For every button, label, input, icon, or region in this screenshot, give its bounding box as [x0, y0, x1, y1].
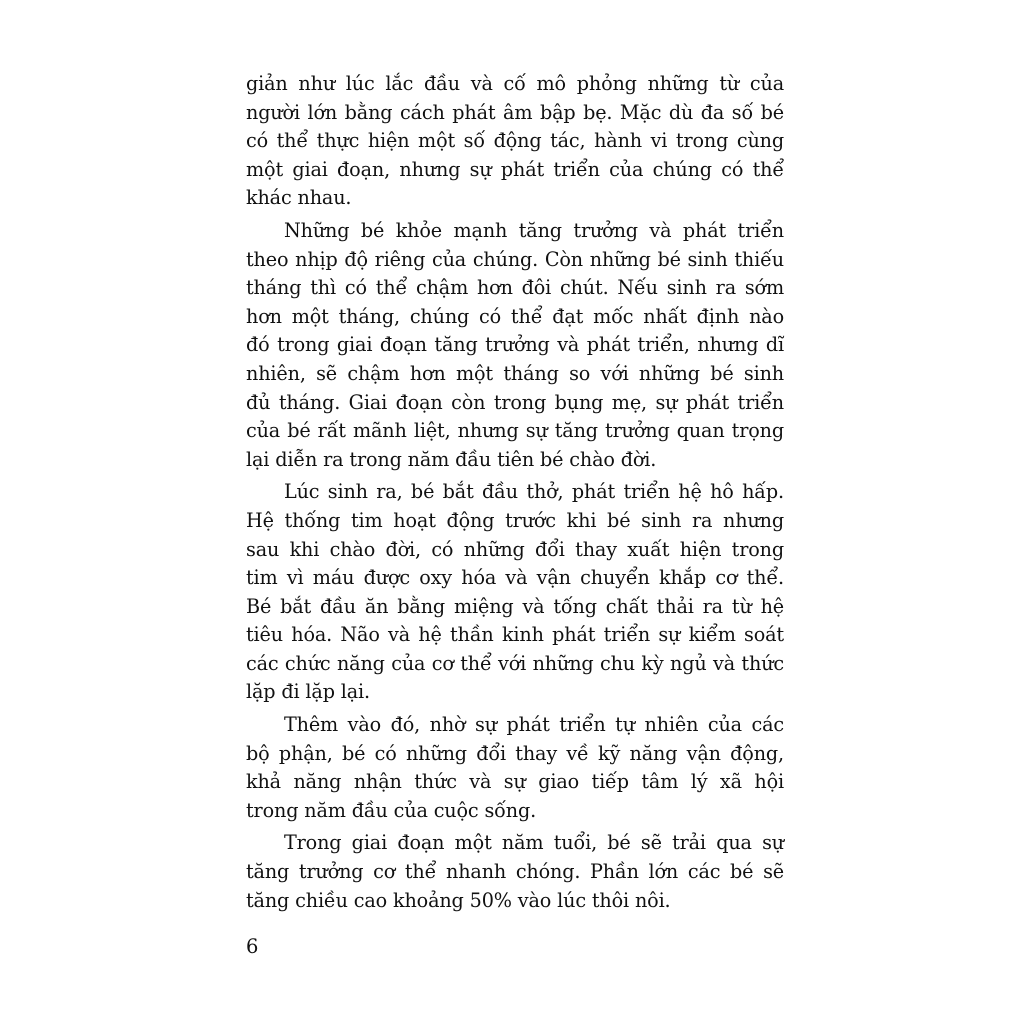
text-line: khác nhau.: [246, 184, 784, 213]
paragraph-3: Lúc sinh ra, bé bắt đầu thở, phát triển …: [246, 478, 784, 707]
text-line: bộ phận, bé có những đổi thay về kỹ năng…: [246, 740, 784, 769]
text-line: Hệ thống tim hoạt động trước khi bé sinh…: [246, 507, 784, 536]
text-line: tháng thì có thể chậm hơn đôi chút. Nếu …: [246, 274, 784, 303]
paragraph-4: Thêm vào đó, nhờ sự phát triển tự nhiên …: [246, 711, 784, 825]
text-line: đó trong giai đoạn tăng trưởng và phát t…: [246, 331, 784, 360]
text-line: tăng chiều cao khoảng 50% vào lúc thôi n…: [246, 887, 784, 916]
text-line: tim vì máu được oxy hóa và vận chuyển kh…: [246, 564, 784, 593]
text-line: sau khi chào đời, có những đổi thay xuất…: [246, 536, 784, 565]
text-line: theo nhịp độ riêng của chúng. Còn những …: [246, 246, 784, 275]
text-line: lại diễn ra trong năm đầu tiên bé chào đ…: [246, 446, 784, 475]
text-line: tăng trưởng cơ thể nhanh chóng. Phần lớn…: [246, 858, 784, 887]
book-page: giản như lúc lắc đầu và cố mô phỏng nhữn…: [0, 0, 1024, 1024]
text-line: đủ tháng. Giai đoạn còn trong bụng mẹ, s…: [246, 389, 784, 418]
body-text: giản như lúc lắc đầu và cố mô phỏng nhữn…: [246, 70, 784, 919]
text-line: hơn một tháng, chúng có thể đạt mốc nhất…: [246, 303, 784, 332]
paragraph-2: Những bé khỏe mạnh tăng trưởng và phát t…: [246, 217, 784, 474]
text-line: tiêu hóa. Não và hệ thần kinh phát triển…: [246, 621, 784, 650]
text-line: giản như lúc lắc đầu và cố mô phỏng nhữn…: [246, 70, 784, 99]
text-line: nhiên, sẽ chậm hơn một tháng so với nhữn…: [246, 360, 784, 389]
text-line: Trong giai đoạn một năm tuổi, bé sẽ trải…: [246, 829, 784, 858]
text-line: các chức năng của cơ thể với những chu k…: [246, 650, 784, 679]
text-line: lặp đi lặp lại.: [246, 678, 784, 707]
text-line: trong năm đầu của cuộc sống.: [246, 797, 784, 826]
text-line: Thêm vào đó, nhờ sự phát triển tự nhiên …: [246, 711, 784, 740]
text-line: có thể thực hiện một số động tác, hành v…: [246, 127, 784, 156]
text-line: một giai đoạn, nhưng sự phát triển của c…: [246, 156, 784, 185]
text-line: của bé rất mãnh liệt, nhưng sự tăng trưở…: [246, 417, 784, 446]
paragraph-5: Trong giai đoạn một năm tuổi, bé sẽ trải…: [246, 829, 784, 915]
text-line: Lúc sinh ra, bé bắt đầu thở, phát triển …: [246, 478, 784, 507]
page-number: 6: [246, 933, 258, 961]
paragraph-1: giản như lúc lắc đầu và cố mô phỏng nhữn…: [246, 70, 784, 213]
text-line: người lớn bằng cách phát âm bập bẹ. Mặc …: [246, 99, 784, 128]
text-line: Bé bắt đầu ăn bằng miệng và tống chất th…: [246, 593, 784, 622]
text-line: khả năng nhận thức và sự giao tiếp tâm l…: [246, 768, 784, 797]
text-line: Những bé khỏe mạnh tăng trưởng và phát t…: [246, 217, 784, 246]
